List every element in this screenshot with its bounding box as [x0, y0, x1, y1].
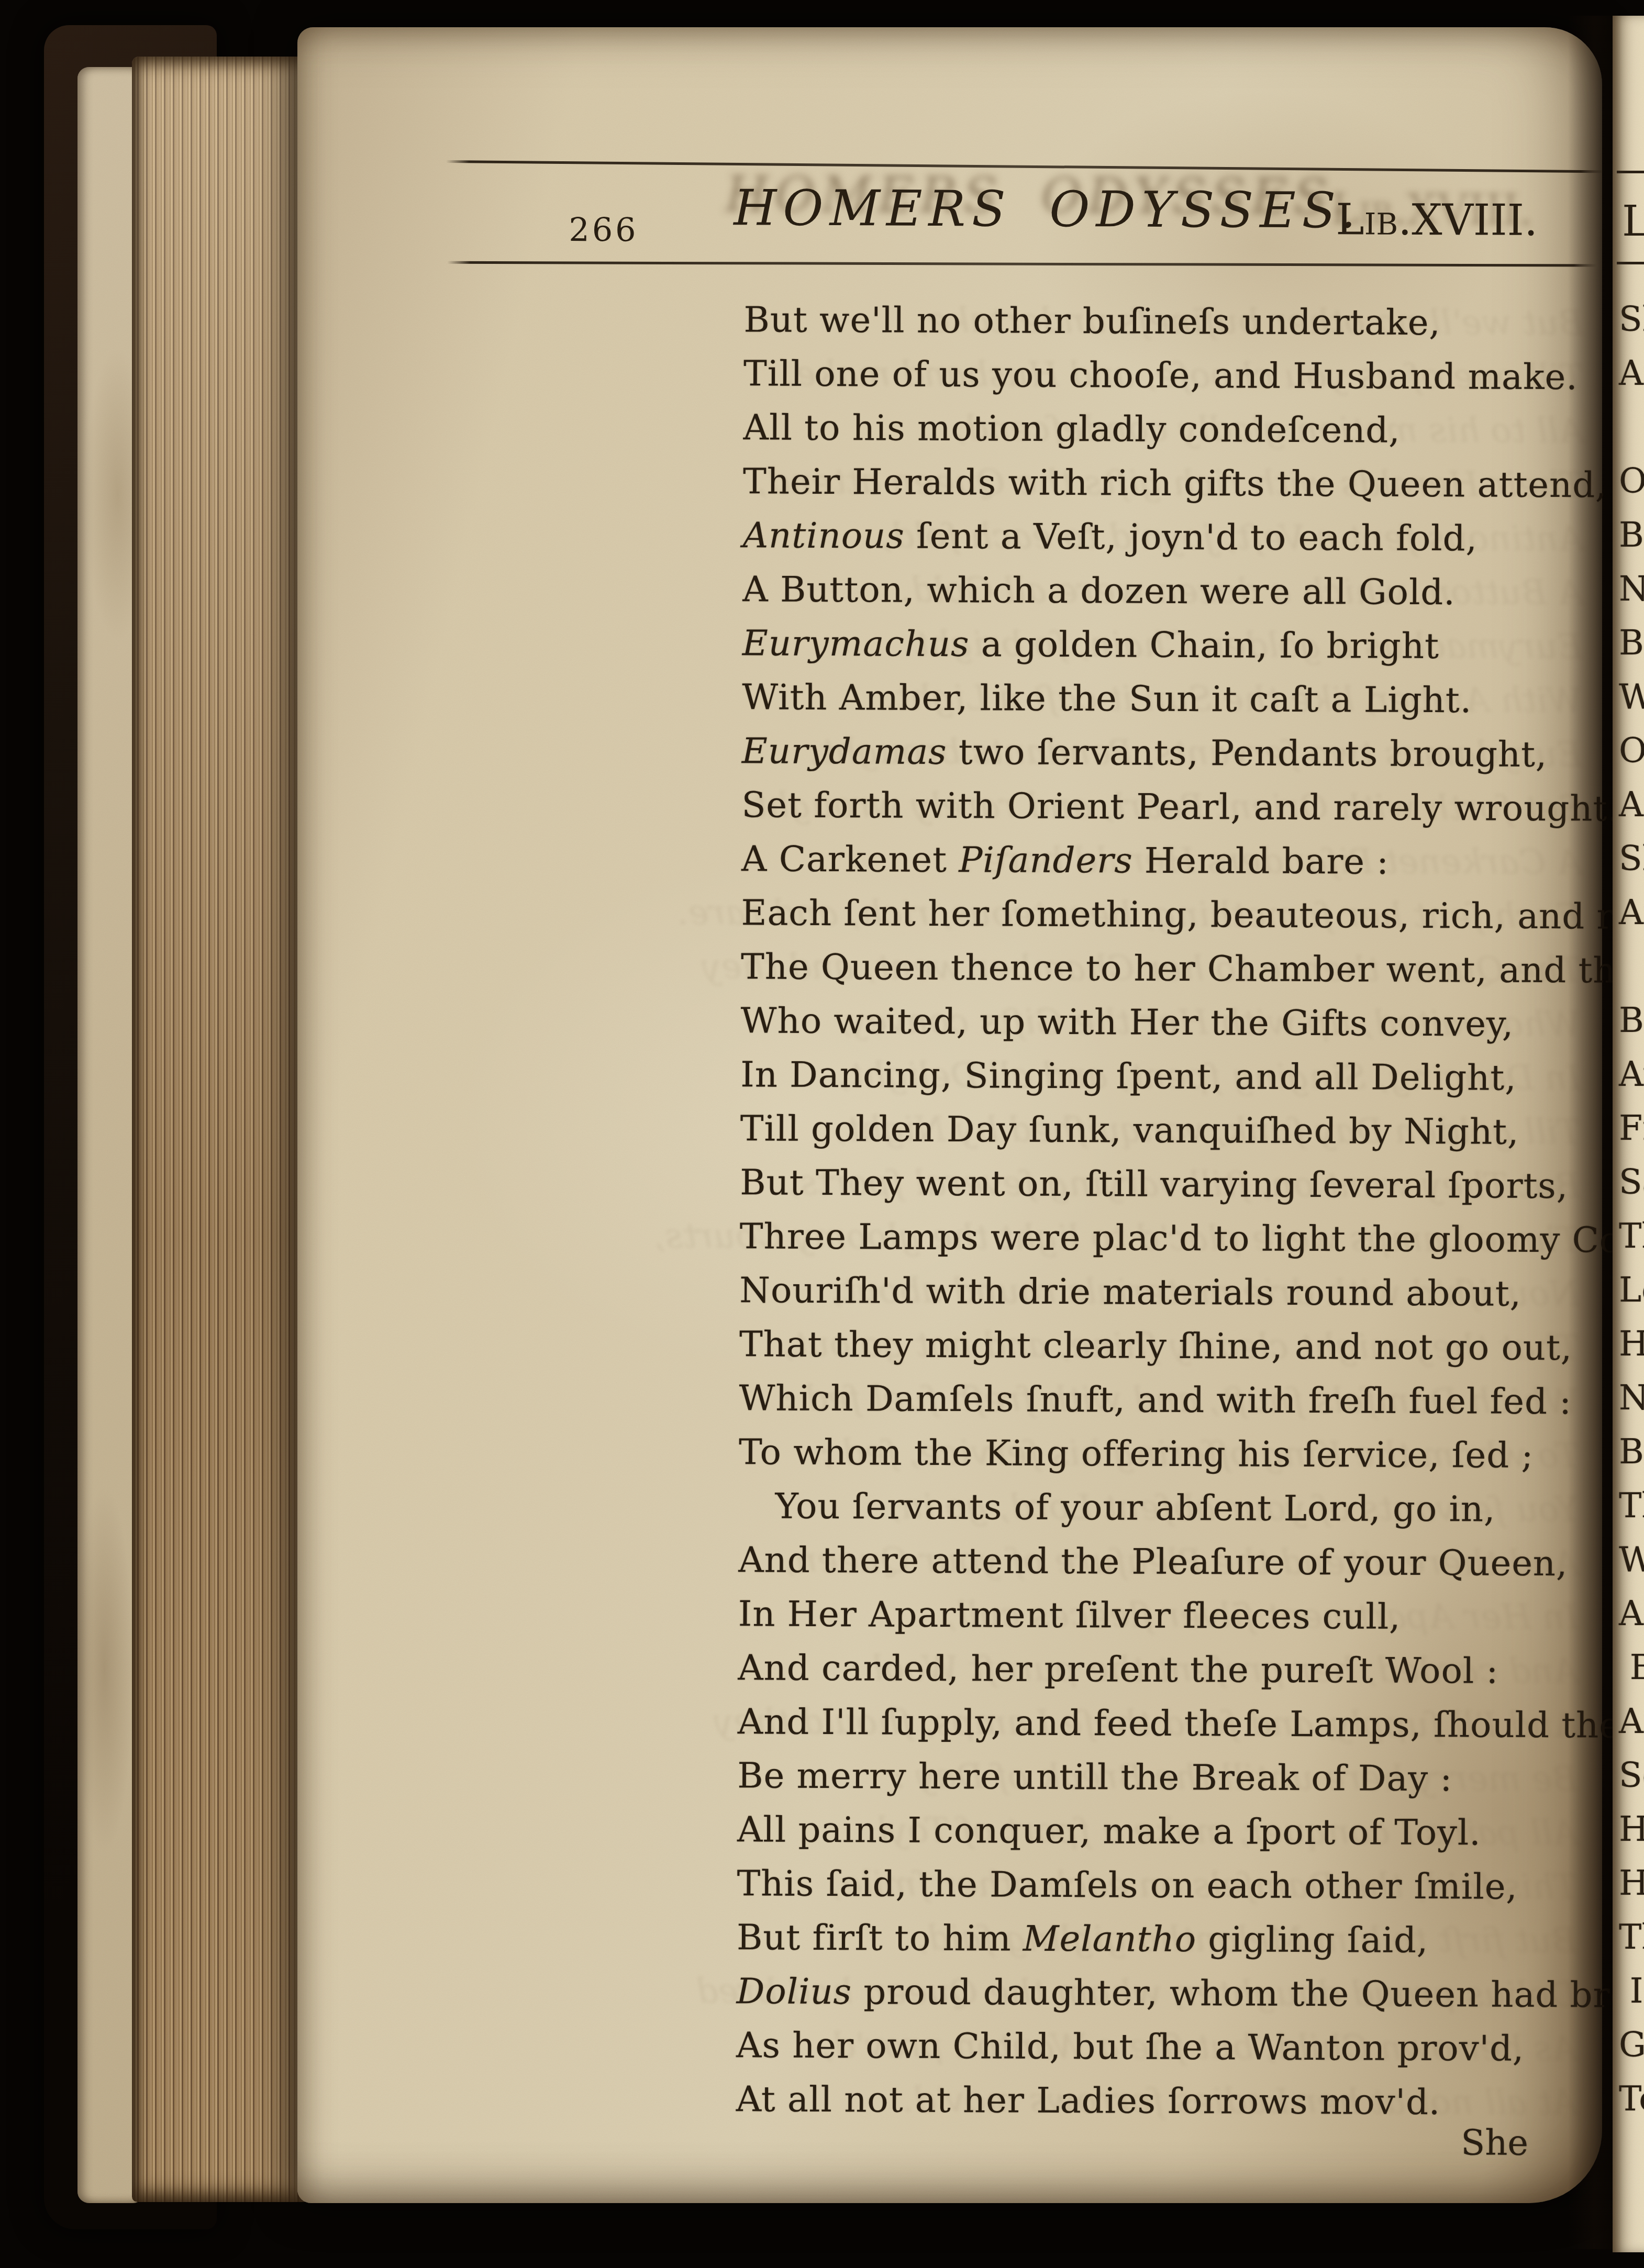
next-page-line-fragment: Goo [1619, 2026, 1644, 2065]
poem-text: As her own Child, but ſhe a Wanton prov'… [736, 2025, 1524, 2069]
next-page-line-fragment: Ho [1619, 1325, 1644, 1364]
poem-proper-name: Antinous [743, 515, 905, 556]
next-page-rule-top [1617, 171, 1644, 173]
poem-text: Set forth with Orient Pearl, and rarely … [741, 784, 1619, 829]
poem-text: Which Damſels ſnuft, and with freſh fuel… [739, 1377, 1572, 1422]
next-page-line-fragment: B [1619, 1648, 1644, 1687]
poem-line: In Dancing, Singing ſpent, and all Delig… [740, 1054, 1517, 1098]
book-label: Lib. [1336, 195, 1412, 245]
next-page-line-fragment: On [1619, 462, 1644, 501]
poem-line: Till one of us you chooſe, and Husband m… [743, 353, 1578, 397]
poem-text: Who waited, up with Her the Gifts convey… [741, 1000, 1514, 1044]
poem-text: That they might clearly ſhine, and not g… [739, 1324, 1573, 1368]
poem-line: You ſervants of your abſent Lord, go in, [775, 1486, 1496, 1530]
next-page-line-fragment: Sha [1619, 839, 1644, 879]
poem-proper-name: Eurydamas [742, 730, 947, 772]
page-stack-fore-edge [132, 57, 305, 2202]
poem-line: Eurymachus a golden Chain, ſo bright [742, 622, 1439, 666]
poem-text: With Amber, like the Sun it caſt a Light… [742, 676, 1472, 720]
next-page-line-fragment: An [1619, 893, 1644, 932]
poem-line: Nouriſh'd with drie materials round abou… [739, 1270, 1521, 1314]
poem-proper-name: Piſanders [959, 839, 1133, 881]
poem-proper-name: Dolius [736, 1971, 852, 2012]
poem-text: Be merry here untill the Break of Day : [737, 1755, 1452, 1799]
next-page-line-fragment: An [1619, 785, 1644, 825]
next-page-line-fragment: His [1619, 1810, 1644, 1849]
poem-text: Three Lamps were plac'd to light the glo… [740, 1216, 1644, 1261]
poem-text: Nouriſh'd with drie materials round abou… [739, 1270, 1521, 1314]
poem-line: The Queen thence to her Chamber went, an… [741, 946, 1644, 991]
poem-text: Each ſent her ſomething, beauteous, rich… [741, 892, 1644, 937]
poem-text: This ſaid, the Damſels on each other ſmi… [737, 1863, 1518, 1907]
page-content: But we'll no other buſineſs undertake,Ti… [288, 25, 1602, 2207]
next-page-line-fragment: No [1619, 570, 1644, 609]
poem: But we'll no other buſineſs undertake,Ti… [297, 25, 1602, 31]
next-page-line-fragment: W [1619, 677, 1644, 717]
next-page-line-fragment: Som [1619, 1756, 1644, 1795]
poem-text: All pains I conquer, make a ſport of Toy… [737, 1809, 1481, 1853]
page-number: 266 [569, 210, 639, 249]
poem-text: You ſervants of your abſent Lord, go in, [775, 1486, 1496, 1530]
poem-line: As her own Child, but ſhe a Wanton prov'… [736, 2025, 1524, 2069]
poem-text: The Queen thence to her Chamber went, an… [741, 946, 1644, 991]
poem-line: And I'll ſupply, and feed theſe Lamps, ſ… [738, 1701, 1641, 1746]
showthrough-layer: But we'll no other buſineſs undertake,Ti… [297, 25, 1602, 31]
next-page-line-fragment: Lo [1619, 1271, 1644, 1310]
poem-text: A Carkenet [741, 838, 959, 880]
poem-text: proud daughter, whom the Queen had bred [852, 1971, 1644, 2016]
poem-text: ſent a Veſt, joyn'd to each fold, [905, 516, 1478, 559]
poem-text: Their Heralds with rich gifts the Queen … [743, 461, 1607, 505]
next-page-header-fragment: L [1622, 197, 1644, 246]
poem-line: To whom the King offering his ſervice, ſ… [739, 1431, 1534, 1476]
poem-text: A Button, which a dozen were all Gold. [742, 569, 1456, 613]
poem-text: To whom the King offering his ſervice, ſ… [739, 1431, 1534, 1476]
next-page-line-fragment: Tha [1619, 1486, 1644, 1526]
header-rule-top [446, 160, 1604, 173]
next-page-line-fragment: Th [1619, 1918, 1644, 1957]
poem-text: In Her Apartment ſilver fleeces cull, [738, 1593, 1401, 1637]
next-page-line-fragment: But [1619, 624, 1644, 663]
book-numeral: XVIII. [1412, 195, 1538, 246]
poem-line: A Carkenet Piſanders Herald bare : [741, 838, 1389, 882]
poem-line: A Button, which a dozen were all Gold. [742, 569, 1456, 613]
poem-text: But we'll no other buſineſs undertake, [743, 299, 1441, 343]
poem-line: In Her Apartment ſilver fleeces cull, [738, 1593, 1401, 1637]
poem-line: Who waited, up with Her the Gifts convey… [741, 1000, 1514, 1044]
next-page-line-fragment: Th [1619, 1217, 1644, 1256]
poem-line: With Amber, like the Sun it caſt a Light… [742, 676, 1472, 720]
poem-proper-name: Eurymachus [742, 622, 970, 664]
poem-line: Eurydamas two ſervants, Pendants brought… [742, 730, 1548, 775]
poem-line: Till golden Day ſunk, vanquiſhed by Nigh… [740, 1108, 1519, 1152]
poem-line: But we'll no other buſineſs undertake, [743, 299, 1441, 343]
poem-text: two ſervants, Pendants brought, [947, 731, 1547, 775]
next-page-line-fragment: To [1619, 2080, 1644, 2119]
poem-line: But They went on, ſtill varying ſeveral … [740, 1162, 1568, 1206]
poem-line: Three Lamps were plac'd to light the glo… [740, 1216, 1644, 1261]
running-title: HOMERS ODYSSES. [734, 180, 1362, 239]
poem-text: gigling ſaid, [1196, 1919, 1428, 1961]
poem-text: Till one of us you chooſe, and Husband m… [743, 353, 1578, 397]
header-rule-bottom [447, 261, 1597, 267]
poem-text: All to his motion gladly condeſcend, [743, 407, 1400, 450]
poem-proper-name: Melantho [1023, 1918, 1197, 1960]
next-page-line-fragment: Say [1619, 1163, 1644, 1202]
poem-line: This ſaid, the Damſels on each other ſmi… [737, 1863, 1518, 1907]
poem-line: Which Damſels ſnuft, and with freſh fuel… [739, 1377, 1572, 1422]
poem-line: All pains I conquer, make a ſport of Toy… [737, 1809, 1481, 1853]
poem-line: That they might clearly ſhine, and not g… [739, 1324, 1573, 1368]
main-page: But we'll no other buſineſs undertake,Ti… [297, 27, 1602, 2203]
poem-text: And I'll ſupply, and feed theſe Lamps, ſ… [738, 1701, 1641, 1746]
poem-text: But They went on, ſtill varying ſeveral … [740, 1162, 1568, 1206]
next-page-line-fragment: At [1619, 1055, 1644, 1094]
poem-line: Each ſent her ſomething, beauteous, rich… [741, 892, 1644, 937]
next-page-line-fragment: No [1619, 1378, 1644, 1418]
book-scan: { "page": { "number": "266", "running_ti… [0, 0, 1644, 2268]
poem-line: All to his motion gladly condeſcend, [743, 407, 1400, 450]
next-page-line-fragment: Sh [1619, 300, 1644, 339]
next-page-line-fragment: On [1619, 731, 1644, 771]
poem-text: Herald bare : [1132, 840, 1389, 882]
poem-line: And carded, her preſent the pureſt Wool … [738, 1647, 1498, 1691]
book-number: Lib.XVIII. [1336, 195, 1538, 246]
next-page-line-fragment: His [1619, 1864, 1644, 1903]
next-page-line-fragment: But [1619, 1432, 1644, 1472]
next-page-line-fragment: Wh [1619, 1540, 1644, 1580]
poem-line: Antinous ſent a Veſt, joyn'd to each fol… [743, 515, 1478, 559]
next-page-line-fragment: An [1619, 354, 1644, 393]
next-page-line-fragment: Bir [1619, 1001, 1644, 1040]
poem-text: And carded, her preſent the pureſt Wool … [738, 1647, 1498, 1691]
poem-line: Their Heralds with rich gifts the Queen … [743, 461, 1607, 505]
next-page-line-fragment: And [1619, 1594, 1644, 1633]
poem-line: Set forth with Orient Pearl, and rarely … [741, 784, 1619, 829]
poem-text: a golden Chain, ſo bright [969, 624, 1439, 666]
poem-line: At all not at her Ladies ſorrows mov'd. [736, 2078, 1441, 2122]
poem-line: Dolius proud daughter, whom the Queen ha… [736, 1971, 1644, 2016]
poem-text: And there attend the Pleaſure of your Qu… [738, 1539, 1568, 1584]
next-page-line-fragment: Fro [1619, 1109, 1644, 1148]
poem-text: In Dancing, Singing ſpent, and all Delig… [740, 1054, 1517, 1098]
next-page-sliver: L ShAnOnBuNoButWOnAnShaAnBirAtFroSayThLo… [1613, 16, 1644, 2252]
next-page-line-fragment: And [1619, 1702, 1644, 1741]
next-page-line-fragment: Bu [1619, 516, 1644, 555]
poem-text: Till golden Day ſunk, vanquiſhed by Nigh… [740, 1108, 1519, 1152]
poem-text: At all not at her Ladies ſorrows mov'd. [736, 2078, 1441, 2122]
poem-text: But firſt to him [737, 1917, 1023, 1959]
next-page-line-fragment: I [1619, 1972, 1643, 2011]
next-page-rule-bottom [1617, 262, 1644, 264]
catchword: She [1461, 2122, 1528, 2163]
poem-line: And there attend the Pleaſure of your Qu… [738, 1539, 1568, 1584]
poem-line: Be merry here untill the Break of Day : [737, 1755, 1452, 1799]
poem-line: But firſt to him Melantho gigling ſaid, [737, 1917, 1428, 1961]
